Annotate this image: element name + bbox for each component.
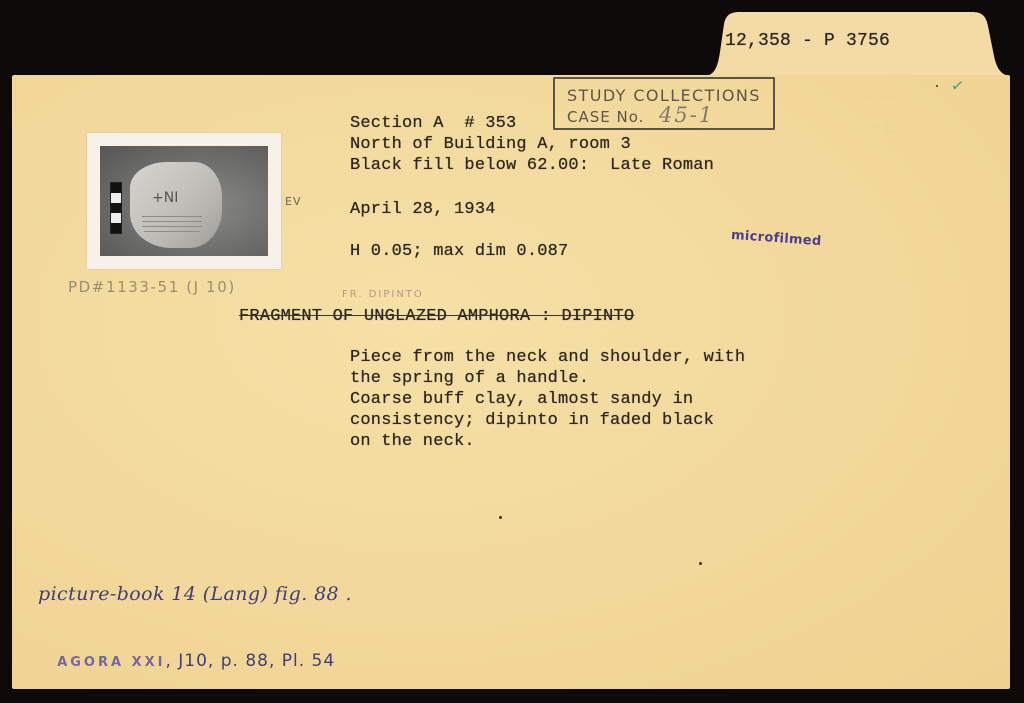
title-correction-note: FR. DIPINTO <box>342 289 424 300</box>
faint-pencil-note-2: ~ ◯ <box>872 120 897 133</box>
agora-stamp: AGORA XXI <box>57 655 165 670</box>
faint-pencil-note: ~~~~~~ <box>846 92 897 102</box>
description-line: the spring of a handle. <box>350 368 589 389</box>
catalog-number: 12,358 - P 3756 <box>725 31 890 52</box>
description-line: consistency; dipinto in faded black <box>350 410 714 431</box>
study-collections-stamp: STUDY COLLECTIONS CASE No. 45-1 <box>553 77 775 130</box>
excavation-date: April 28, 1934 <box>350 199 496 220</box>
dimensions: H 0.05; max dim 0.087 <box>350 241 568 262</box>
publication-reference: AGORA XXI, J10, p. 88, Pl. 54 <box>38 633 335 671</box>
section-line: Section A # 353 <box>350 113 516 134</box>
description-line: Piece from the neck and shoulder, with <box>350 347 745 368</box>
stamp-case-label: CASE No. <box>567 108 644 126</box>
stamp-case-number: 45-1 <box>659 103 714 127</box>
context-line: Black fill below 62.00: Late Roman <box>350 155 714 176</box>
scale-bar-icon <box>110 182 122 234</box>
paper-speck <box>936 85 938 87</box>
agora-reference-note: , J10, p. 88, Pl. 54 <box>165 651 335 671</box>
object-title: FRAGMENT OF UNGLAZED AMPHORA : DIPINTO <box>239 306 634 327</box>
handle-ridges <box>142 212 202 232</box>
paper-speck <box>499 516 502 519</box>
photographer-initials: EV <box>285 195 301 208</box>
picture-book-note: picture-book 14 (Lang) fig. 88 . <box>38 583 352 605</box>
artifact-photo: +NI <box>100 146 268 256</box>
paper-speck <box>699 562 702 565</box>
description-line: Coarse buff clay, almost sandy in <box>350 389 693 410</box>
artifact-photo-mount: +NI <box>87 133 281 269</box>
description-line: on the neck. <box>350 431 475 452</box>
dipinto-marking: +NI <box>152 190 178 206</box>
green-checkmark-icon: ✓ <box>950 75 966 96</box>
location-line: North of Building A, room 3 <box>350 134 631 155</box>
photo-negative-note: PD#1133-51 (J 10) <box>68 278 236 296</box>
